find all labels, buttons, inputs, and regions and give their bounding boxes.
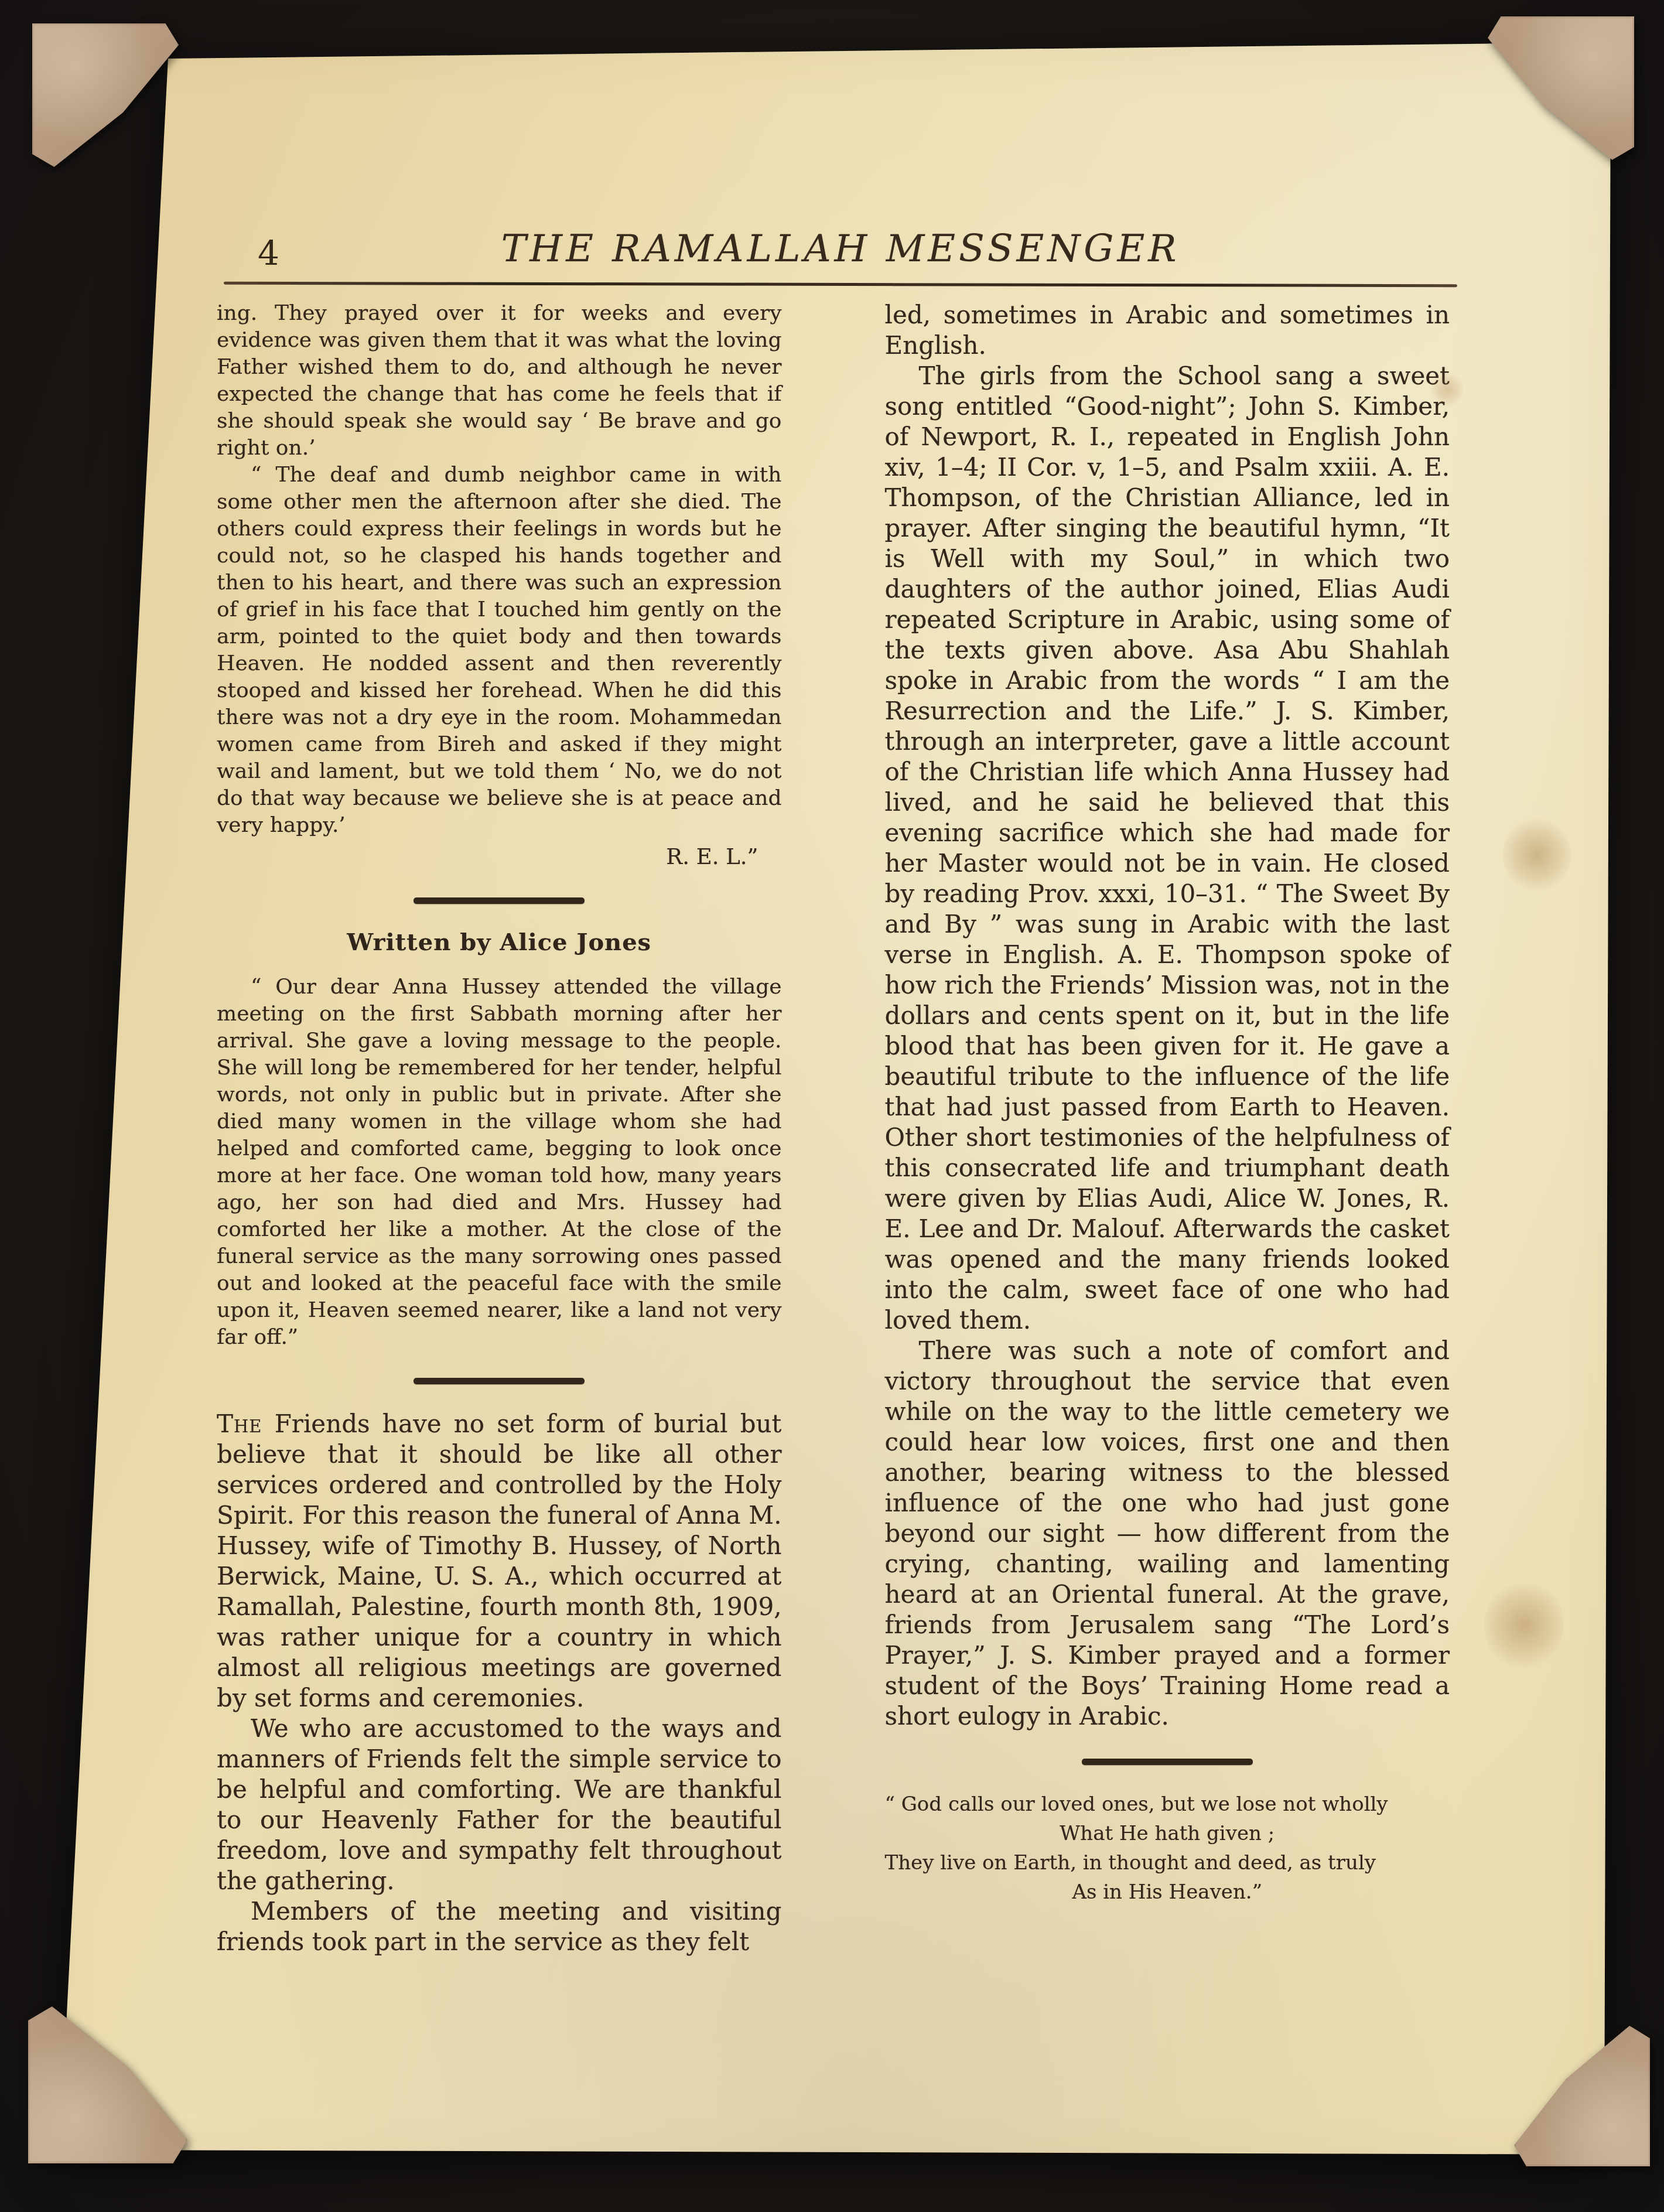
scan-background: 4 THE RAMALLAH MESSENGER ing. They praye… <box>0 0 1664 2212</box>
para-girls-school: The girls from the School sang a sweet s… <box>885 361 1450 1336</box>
para-deaf-neighbor: “ The deaf and dumb neighbor came in wit… <box>217 462 782 839</box>
para-friends-burial: The Friends have no set form of burial b… <box>217 1409 782 1713</box>
section-divider <box>414 1378 585 1384</box>
paper-sheet-wrap: 4 THE RAMALLAH MESSENGER ing. They praye… <box>0 0 1664 2212</box>
page-title: THE RAMALLAH MESSENGER <box>224 227 1457 271</box>
para-friends-burial-text: Friends have no set form of burial but b… <box>217 1409 782 1712</box>
left-column: ing. They prayed over it for weeks and e… <box>217 300 782 1957</box>
para-continuation: ing. They prayed over it for weeks and e… <box>217 300 782 462</box>
verse-line-3: They live on Earth, in thought and deed,… <box>885 1848 1450 1878</box>
para-members: Members of the meeting and visiting frie… <box>217 1896 782 1957</box>
section-divider <box>414 897 585 904</box>
header-rule <box>224 282 1457 287</box>
para-alice-jones: “ Our dear Anna Hussey attended the vill… <box>217 974 782 1351</box>
para-we-who: We who are accustomed to the ways and ma… <box>217 1713 782 1896</box>
right-column: led, sometimes in Arabic and sometimes i… <box>885 300 1450 1957</box>
verse-line-1: “ God calls our loved ones, but we lose … <box>885 1790 1450 1819</box>
para-led: led, sometimes in Arabic and sometimes i… <box>885 300 1450 361</box>
letter-signature: R. E. L.” <box>217 844 782 871</box>
closing-verse: “ God calls our loved ones, but we lose … <box>885 1790 1450 1907</box>
section-divider <box>1082 1759 1253 1765</box>
foxing-stain <box>1503 815 1571 894</box>
verse-line-4: As in His Heaven.” <box>885 1878 1450 1907</box>
foxing-stain <box>1484 1579 1564 1671</box>
byline-heading: Written by Alice Jones <box>217 929 782 956</box>
paper-sheet: 4 THE RAMALLAH MESSENGER ing. They praye… <box>0 0 1664 2212</box>
verse-line-2: What He hath given ; <box>885 1819 1450 1848</box>
text-columns: ing. They prayed over it for weeks and e… <box>217 300 1450 1957</box>
para-comfort-victory: There was such a note of comfort and vic… <box>885 1336 1450 1732</box>
ink-speck <box>87 587 102 598</box>
lead-word: The <box>217 1409 262 1438</box>
